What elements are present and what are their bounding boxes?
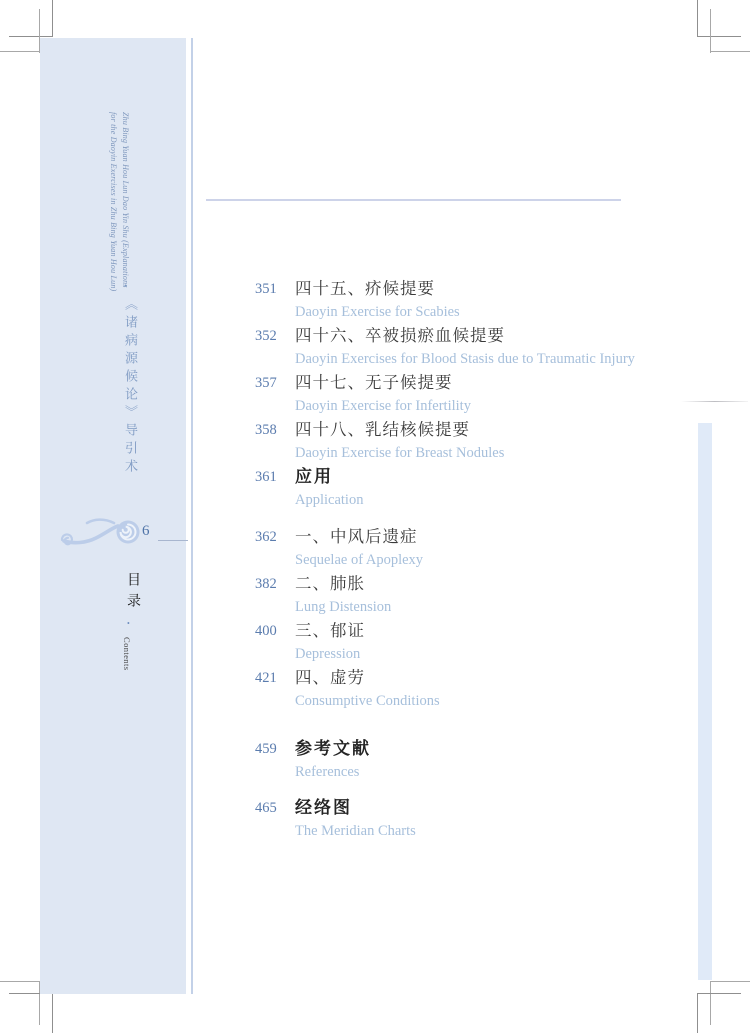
toc-entry: 400 三、郁证 Depression xyxy=(255,619,655,666)
book-page: Zhu Bing Yuan Hou Lun Dao Yin Shu (Expla… xyxy=(0,0,750,1033)
contents-label-english: Contents xyxy=(122,637,132,670)
toc-page-number: 362 xyxy=(255,525,295,549)
toc-page-number: 351 xyxy=(255,277,295,301)
toc-title-zh: 参考文献 xyxy=(295,737,655,761)
toc-title-zh: 一、中风后遗症 xyxy=(295,525,655,549)
separator-bullet: • xyxy=(124,281,127,291)
book-spine-title-chinese: 《诸病源候论》导引术 xyxy=(121,297,140,477)
toc-title-en: Daoyin Exercise for Infertility xyxy=(295,395,655,418)
toc-title-en: References xyxy=(295,761,655,784)
crop-mark-top-right xyxy=(710,9,711,53)
toc-entry: 357 四十七、无子候提要 Daoyin Exercise for Infert… xyxy=(255,371,655,418)
toc-title-zh: 三、郁证 xyxy=(295,619,655,643)
toc-title-zh: 四十六、卒被损瘀血候提要 xyxy=(295,324,655,348)
toc-page-number: 459 xyxy=(255,737,295,761)
crop-mark-top-right xyxy=(710,51,750,52)
toc-page-number: 421 xyxy=(255,666,295,690)
toc-page-number: 382 xyxy=(255,572,295,596)
toc-title-en: Depression xyxy=(295,643,655,666)
toc-title-en: Application xyxy=(295,489,655,512)
toc-title-zh: 四十五、疥候提要 xyxy=(295,277,655,301)
book-spine-title-line2: for the Daoyin Exercises in Zhu Bing Yua… xyxy=(107,112,119,291)
book-spine-title-english: Zhu Bing Yuan Hou Lun Dao Yin Shu (Expla… xyxy=(107,112,131,291)
cloud-ornament-icon xyxy=(52,514,148,552)
sidebar-edge-rule xyxy=(191,38,193,994)
page-number-rule xyxy=(158,540,188,541)
toc-page-number: 357 xyxy=(255,371,295,395)
crop-mark-bottom-left xyxy=(52,993,53,1033)
toc-entry: 351 四十五、疥候提要 Daoyin Exercise for Scabies xyxy=(255,277,655,324)
toc-title-en: Sequelae of Apoplexy xyxy=(295,549,655,572)
toc-entry: 361 应用 Application xyxy=(255,465,655,512)
contents-label-chinese: 目录 xyxy=(122,572,142,614)
toc-title-zh: 四十八、乳结核候提要 xyxy=(295,418,655,442)
toc-page-number: 400 xyxy=(255,619,295,643)
crop-mark-top-right xyxy=(697,0,698,37)
toc-entry: 358 四十八、乳结核候提要 Daoyin Exercise for Breas… xyxy=(255,418,655,465)
toc-title-zh: 四十七、无子候提要 xyxy=(295,371,655,395)
toc-entry: 459 参考文献 References xyxy=(255,737,655,784)
crop-mark-bottom-right xyxy=(710,981,711,1025)
toc-entry: 352 四十六、卒被损瘀血候提要 Daoyin Exercises for Bl… xyxy=(255,324,655,371)
crop-mark-top-left xyxy=(0,51,40,52)
content-top-rule xyxy=(206,199,621,201)
toc-title-en: Lung Distension xyxy=(295,596,655,619)
toc-page-number: 465 xyxy=(255,796,295,820)
toc-title-en: The Meridian Charts xyxy=(295,820,655,843)
crop-mark-top-left xyxy=(52,0,53,37)
toc-title-en: Daoyin Exercise for Scabies xyxy=(295,301,655,324)
table-of-contents: 351 四十五、疥候提要 Daoyin Exercise for Scabies… xyxy=(255,277,655,843)
toc-title-zh: 四、虚劳 xyxy=(295,666,655,690)
toc-title-en: Consumptive Conditions xyxy=(295,690,655,713)
toc-title-en: Daoyin Exercises for Blood Stasis due to… xyxy=(295,348,655,371)
toc-entry: 421 四、虚劳 Consumptive Conditions xyxy=(255,666,655,713)
crop-mark-bottom-right xyxy=(697,993,741,994)
faint-registration-line xyxy=(681,401,748,402)
toc-page-number: 361 xyxy=(255,465,295,489)
toc-entry: 362 一、中风后遗症 Sequelae of Apoplexy xyxy=(255,525,655,572)
toc-title-en: Daoyin Exercise for Breast Nodules xyxy=(295,442,655,465)
toc-title-zh: 经络图 xyxy=(295,796,655,820)
toc-entry: 465 经络图 The Meridian Charts xyxy=(255,796,655,843)
crop-mark-bottom-right xyxy=(697,993,698,1033)
book-spine-title-line1: Zhu Bing Yuan Hou Lun Dao Yin Shu (Expla… xyxy=(119,112,131,291)
toc-title-zh: 二、肺胀 xyxy=(295,572,655,596)
toc-page-number: 352 xyxy=(255,324,295,348)
contents-bullet: • xyxy=(127,619,130,628)
crop-mark-top-left xyxy=(9,36,53,37)
right-margin-bar xyxy=(698,423,712,980)
crop-mark-top-right xyxy=(697,36,741,37)
toc-entry: 382 二、肺胀 Lung Distension xyxy=(255,572,655,619)
sidebar-page-number: 6 xyxy=(142,523,150,540)
crop-mark-bottom-left xyxy=(0,981,40,982)
toc-page-number: 358 xyxy=(255,418,295,442)
toc-title-zh: 应用 xyxy=(295,465,655,489)
crop-mark-bottom-right xyxy=(710,981,750,982)
